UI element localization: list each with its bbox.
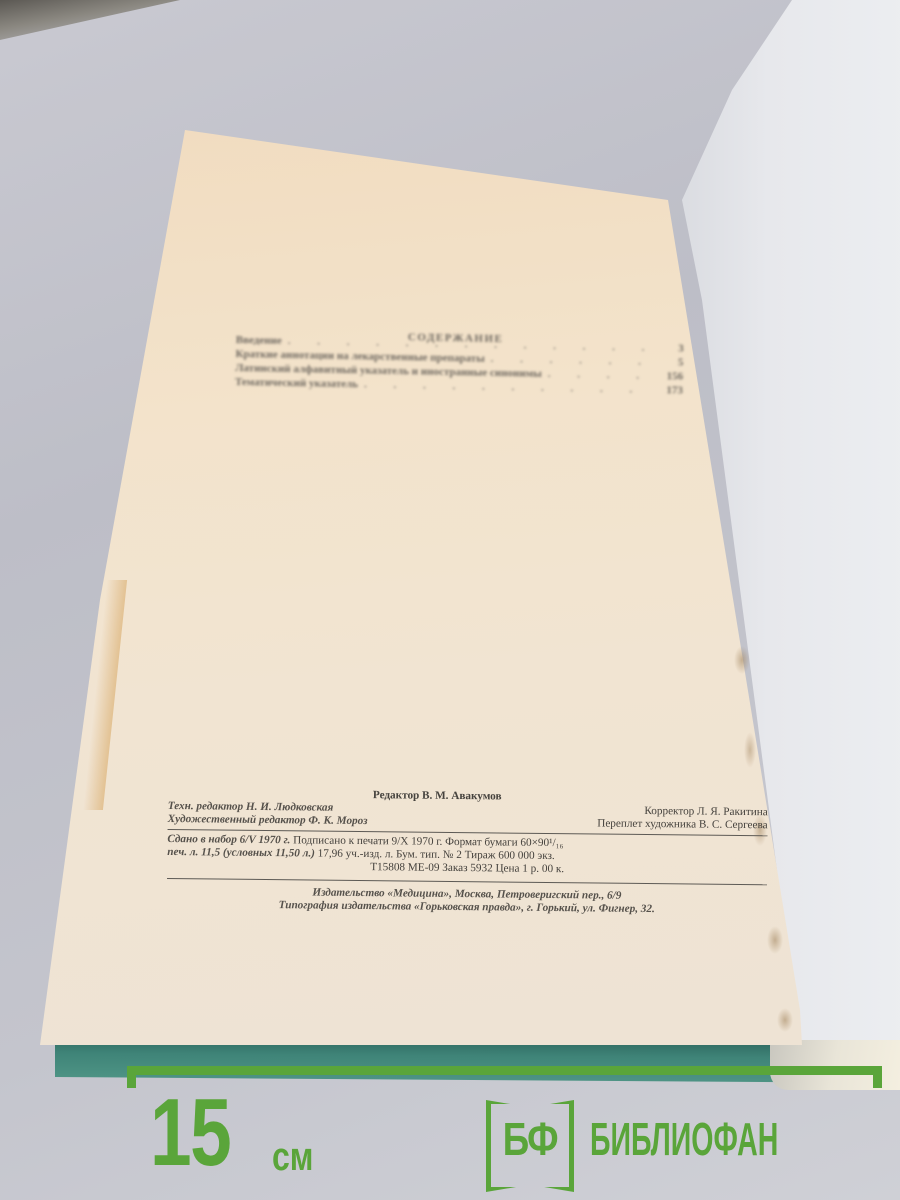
corrector: Корректор Л. Я. Ракитина — [644, 805, 767, 819]
toc-entry-label: Тематический указатель — [235, 376, 358, 390]
scale-unit: см — [272, 1135, 313, 1180]
order-and-price: Т15808 МЕ-09 Заказ 5932 Цена 1 р. 00 к. — [370, 861, 564, 875]
logo-mark: БФ — [503, 1104, 557, 1174]
printer: Типография издательства «Горьковская пра… — [279, 899, 655, 915]
sheets-info: печ. л. 11,5 (условных 11,50 л.) — [167, 846, 315, 860]
brand-name: БИБЛИОФАН — [590, 1112, 778, 1166]
binding-artist: Переплет художника В. С. Сергеева — [597, 817, 768, 832]
editor: Редактор В. М. Авакумов — [373, 789, 502, 803]
typeset-date: Сдано в набор 6/V 1970 г. — [167, 833, 290, 846]
print-details-2: 17,96 уч.-изд. л. Бум. тип. № 2 Тираж 60… — [318, 848, 555, 862]
toc-entry-page: 173 — [657, 384, 683, 396]
toc-entry-label: Введение — [236, 334, 282, 347]
scale-value: 15 — [150, 1085, 230, 1181]
divider — [167, 878, 767, 885]
art-editor: Художественный редактор Ф. К. Мороз — [168, 813, 368, 827]
toc-entry-page: 5 — [657, 356, 683, 368]
background-shadow — [0, 0, 180, 40]
book-logo-icon: БФ — [486, 1100, 574, 1192]
toc-entry-page: 3 — [658, 342, 684, 354]
toc-entry-page: 156 — [657, 370, 683, 382]
colophon: Редактор В. М. Авакумов Техн. редактор Н… — [167, 787, 768, 917]
scale-label: 15 см — [150, 1085, 253, 1181]
tech-editor: Техн. редактор Н. И. Людковская — [168, 800, 334, 814]
